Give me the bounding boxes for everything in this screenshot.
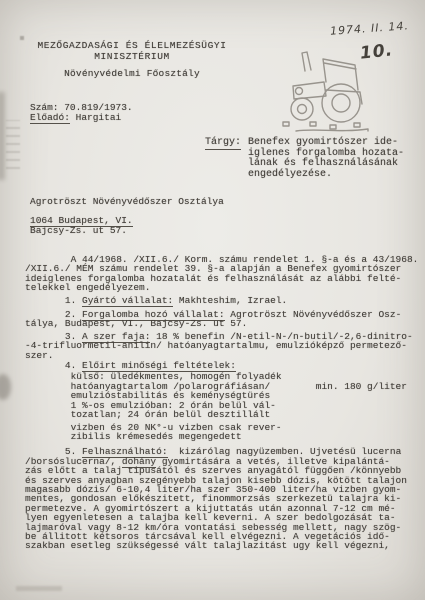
- subject-block: Tárgy: Benefex gyomirtószer ide-iglenes …: [205, 138, 404, 180]
- text-segment: Gyártó vállalat:: [82, 295, 173, 307]
- text-segment: szer.: [25, 350, 54, 361]
- scan-margin-marks: [6, 120, 20, 175]
- text-segment: 1.: [25, 295, 82, 306]
- tractor-sketch-icon: [280, 46, 380, 134]
- text-line: telekkel engedélyezem.: [25, 283, 421, 292]
- intro-paragraph: A 44/1968. /XII.6./ Korm. számu rendelet…: [25, 255, 421, 293]
- recipient-block: Agrotröszt Növényvédőszer Osztálya 1064 …: [30, 197, 224, 236]
- item-3-product-type: 3. A szer faja: 18 % benefin /N-etil-N-/…: [25, 332, 421, 360]
- text-segment: lának és felhasználásának: [248, 158, 398, 169]
- text-segment: zibilis krémesedés megengedett: [25, 431, 242, 442]
- text-segment: Benefex gyomirtószer ide-: [248, 137, 398, 148]
- recipient-address: 1064 Budapest, VI.Bajcsy-Zs. ut 57.: [30, 216, 224, 236]
- text-line: tálya, Budapest, VI., Bajcsy-Zs. ut 57.: [25, 319, 421, 328]
- text-segment: Agrotröszt Növényvédőszer Osz-: [225, 309, 402, 320]
- item-1-manufacturer: 1. Gyártó vállalat: Makhteshim, Izrael.: [25, 296, 421, 305]
- item-5-usage: 5. Felhasználható: kizárólag nagyüzemben…: [25, 447, 421, 550]
- text-line: Bajcsy-Zs. ut 57.: [30, 226, 224, 236]
- text-line: 1. Gyártó vállalat: Makhteshim, Izrael.: [25, 296, 421, 305]
- subject-text: Benefex gyomirtószer ide-iglenes forgalo…: [248, 138, 404, 180]
- scan-speck: [20, 36, 24, 40]
- subject-label: Tárgy:: [205, 138, 241, 150]
- text-segment: Előadó:: [30, 112, 70, 124]
- scan-smudge-bottom: [16, 586, 62, 591]
- text-segment: Hargitai: [70, 112, 121, 123]
- ministry-name-line2: MINISZTÉRIUM: [26, 52, 238, 63]
- text-segment: Bajcsy-Zs. ut 57.: [30, 225, 127, 236]
- text-line: 4. Előirt minőségi feltételek:: [25, 361, 421, 370]
- text-segment: szakban esetleg szükségessé vált talajla…: [25, 540, 390, 551]
- text-line: engedélyezése.: [248, 170, 404, 181]
- text-segment: telekkel engedélyezem.: [25, 282, 150, 293]
- file-number-block: Szám: 70.819/1973.Előadó: Hargitai: [30, 103, 133, 123]
- recipient-name: Agrotröszt Növényvédőszer Osztálya: [30, 197, 224, 207]
- text-segment: engedélyezése.: [248, 169, 332, 180]
- text-segment: 4.: [25, 360, 82, 371]
- text-line: szer.: [25, 351, 421, 360]
- letterhead: MEZŐGAZDASÁGI ÉS ÉLELMEZÉSÜGYI MINISZTÉR…: [26, 41, 238, 80]
- item-4-conditions: külső: üledékmentes, homogén folyadék ha…: [25, 372, 421, 419]
- text-line: Előadó: Hargitai: [30, 113, 133, 123]
- text-segment: iglenes forgalomba hozata-: [248, 148, 404, 159]
- ministry-name-line1: MEZŐGAZDASÁGI ÉS ÉLELMEZÉSÜGYI: [26, 41, 238, 52]
- scanned-document-page: 1974. II. 14. 10. MEZŐGAZDASÁGI ÉS ÉLELM…: [0, 0, 425, 600]
- text-segment: Előirt minőségi feltételek:: [82, 360, 236, 372]
- item-4-quality-heading: 4. Előirt minőségi feltételek:: [25, 361, 421, 370]
- text-line: zibilis krémesedés megengedett: [25, 432, 421, 441]
- text-line: -4-trifluormetil-anilin/ hatóanyagtartal…: [25, 341, 421, 350]
- text-segment: Makhteshim, Izrael.: [173, 295, 287, 306]
- department-name: Növényvédelmi Főosztály: [26, 69, 238, 80]
- text-line: tozatlan; 24 órán belül desztillált: [25, 410, 421, 419]
- text-segment: tálya, Budapest, VI., Bajcsy-Zs. ut 57.: [25, 318, 247, 329]
- handwritten-date-note: 1974. II. 14.: [330, 19, 410, 37]
- letter-body: A 44/1968. /XII.6./ Korm. számu rendelet…: [25, 255, 421, 551]
- text-segment: -4-trifluormetil-anilin/ hatóanyagtartal…: [25, 340, 407, 351]
- item-2-distributor: 2. Forgalomba hozó vállalat: Agrotröszt …: [25, 310, 421, 329]
- text-line: szakban esetleg szükségessé vált talajla…: [25, 541, 421, 550]
- scan-smudge-left: [0, 92, 5, 180]
- scan-smudge-blob: [0, 374, 11, 400]
- text-segment: tozatlan; 24 órán belül desztillált: [25, 409, 270, 420]
- item-4-conditions-continued: vizben és 20 NK°-u vizben csak rever- zi…: [25, 423, 421, 442]
